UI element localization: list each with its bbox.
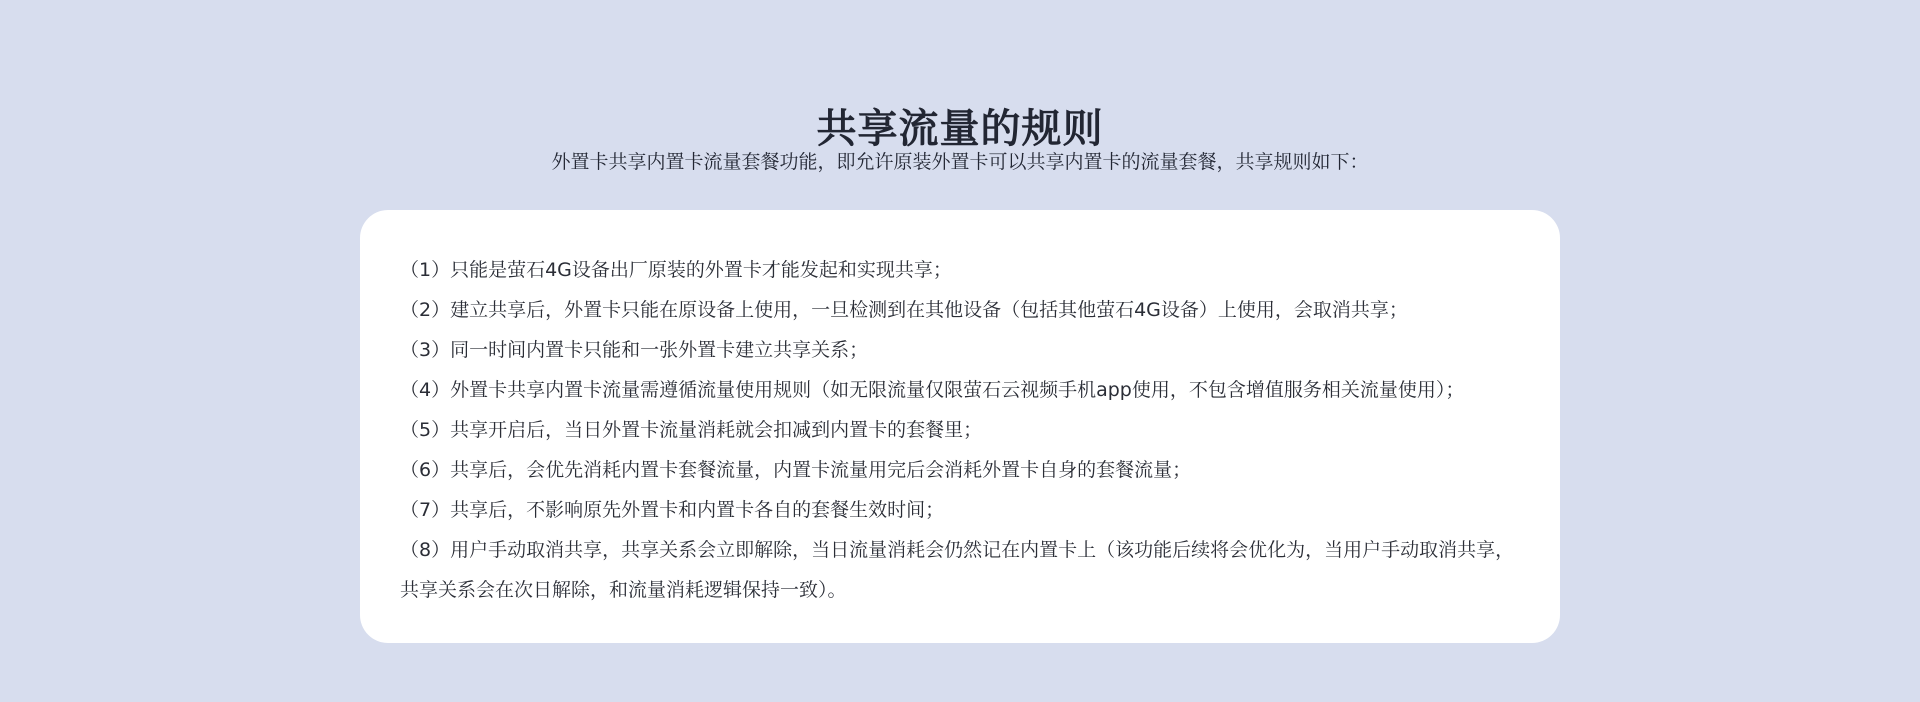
rule-item-4: （4）外置卡共享内置卡流量需遵循流量使用规则（如无限流量仅限萤石云视频手机app… <box>400 370 1516 410</box>
page-subtitle: 外置卡共享内置卡流量套餐功能，即允许原装外置卡可以共享内置卡的流量套餐，共享规则… <box>0 147 1920 177</box>
rule-item-5: （5）共享开启后，当日外置卡流量消耗就会扣减到内置卡的套餐里； <box>400 410 1516 450</box>
rule-item-2: （2）建立共享后，外置卡只能在原设备上使用，一旦检测到在其他设备（包括其他萤石4… <box>400 290 1516 330</box>
rules-card: （1）只能是萤石4G设备出厂原装的外置卡才能发起和实现共享； （2）建立共享后，… <box>360 210 1560 643</box>
rule-item-6: （6）共享后，会优先消耗内置卡套餐流量，内置卡流量用完后会消耗外置卡自身的套餐流… <box>400 450 1516 490</box>
rules-list: （1）只能是萤石4G设备出厂原装的外置卡才能发起和实现共享； （2）建立共享后，… <box>400 250 1516 610</box>
rule-item-1: （1）只能是萤石4G设备出厂原装的外置卡才能发起和实现共享； <box>400 250 1516 290</box>
rule-item-7: （7）共享后，不影响原先外置卡和内置卡各自的套餐生效时间； <box>400 490 1516 530</box>
rule-item-3: （3）同一时间内置卡只能和一张外置卡建立共享关系； <box>400 330 1516 370</box>
rule-item-8: （8）用户手动取消共享，共享关系会立即解除，当日流量消耗会仍然记在内置卡上（该功… <box>400 530 1516 610</box>
